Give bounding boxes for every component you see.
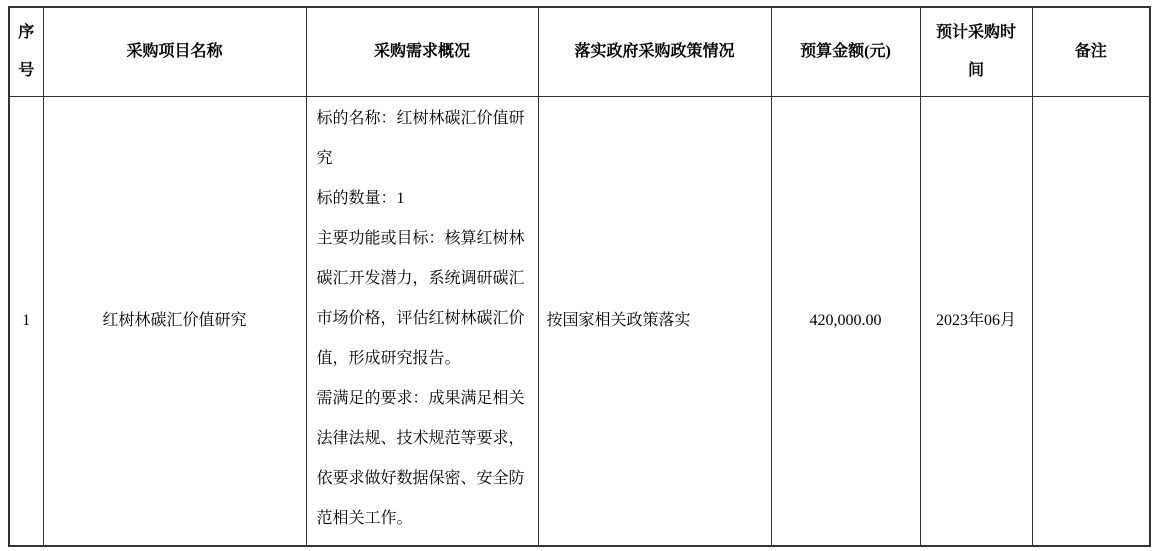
header-serial-number: 序号 [9, 7, 43, 96]
cell-expected-time: 2023年06月 [920, 96, 1032, 546]
header-policy-implementation: 落实政府采购政策情况 [538, 7, 771, 96]
overview-paragraph: 主要功能或目标：核算红树林碳汇开发潜力，系统调研碳汇市场价格，评估红树林碳汇价值… [317, 219, 528, 379]
header-demand-overview: 采购需求概况 [306, 7, 538, 96]
header-row: 序号 采购项目名称 采购需求概况 落实政府采购政策情况 预算金额(元) 预计采购… [9, 7, 1150, 96]
overview-paragraph: 标的名称：红树林碳汇价值研究 [317, 99, 528, 179]
table-row: 1 红树林碳汇价值研究 标的名称：红树林碳汇价值研究标的数量：1主要功能或目标：… [9, 96, 1150, 546]
header-remark: 备注 [1032, 7, 1150, 96]
header-project-name: 采购项目名称 [43, 7, 306, 96]
overview-paragraph: 标的数量：1 [317, 179, 528, 219]
cell-demand-overview: 标的名称：红树林碳汇价值研究标的数量：1主要功能或目标：核算红树林碳汇开发潜力，… [306, 96, 538, 546]
procurement-table: 序号 采购项目名称 采购需求概况 落实政府采购政策情况 预算金额(元) 预计采购… [8, 6, 1151, 547]
cell-remark [1032, 96, 1150, 546]
header-expected-time: 预计采购时间 [920, 7, 1032, 96]
header-budget-amount: 预算金额(元) [771, 7, 920, 96]
cell-serial-number: 1 [9, 96, 43, 546]
overview-paragraph: 需满足的要求：成果满足相关法律法规、技术规范等要求，依要求做好数据保密、安全防范… [317, 379, 528, 539]
cell-project-name: 红树林碳汇价值研究 [43, 96, 306, 546]
cell-policy-implementation: 按国家相关政策落实 [538, 96, 771, 546]
cell-budget-amount: 420,000.00 [771, 96, 920, 546]
